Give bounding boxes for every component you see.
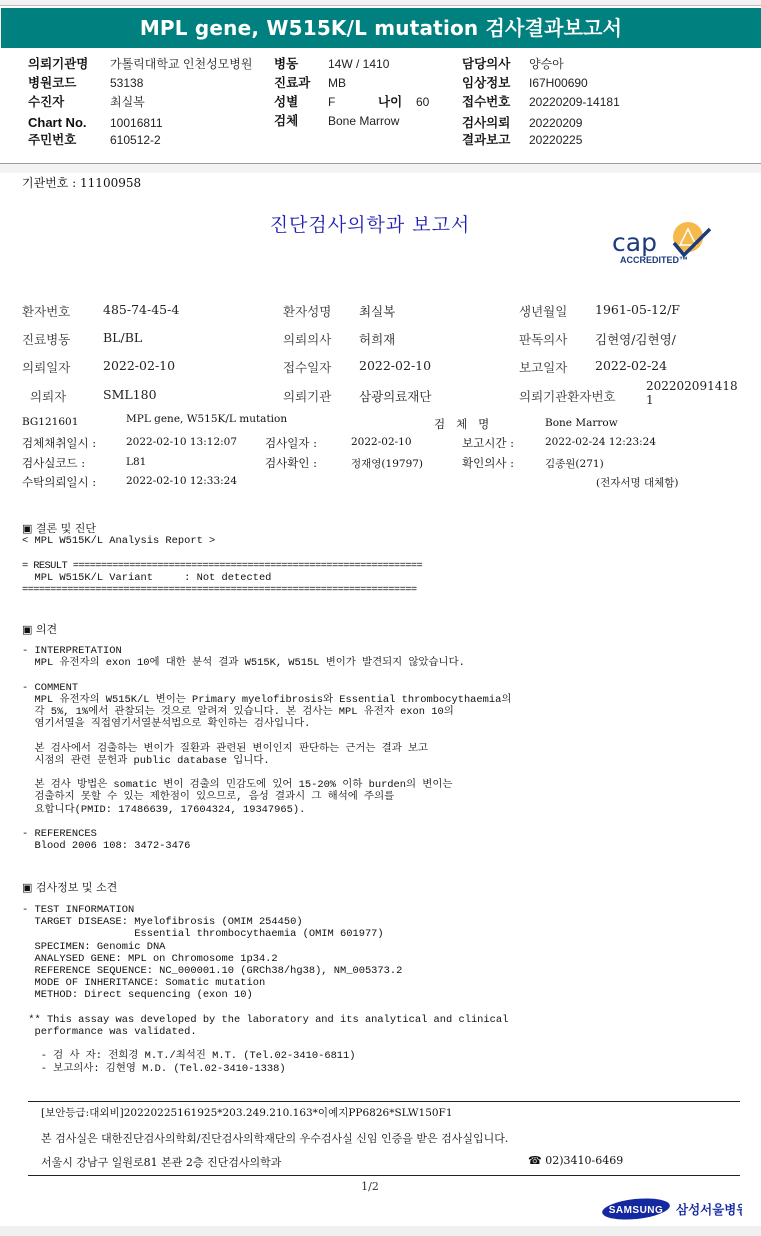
section-heading-conclusion: ▣ 결론 및 진단 [22,520,96,536]
field-value: 610512-2 [110,133,161,147]
field-label: 판독의사 [519,330,567,348]
field-value: 20220209-14181 [529,95,620,109]
top-border [0,0,761,6]
testinfo-text: - TEST INFORMATION TARGET DISEASE: Myelo… [22,904,508,1075]
field-label: 확인의사 : [462,455,514,471]
field-value: 202202091418 [646,379,738,393]
field-label: 의뢰기관환자번호 [519,387,616,405]
phone-number: 02)3410-6469 [545,1154,623,1167]
field-value: 60 [416,95,429,109]
field-label: 검사실코드 : [22,455,85,471]
field-label: 성별 [274,94,298,109]
field-value: 485-74-45-4 [103,302,179,317]
field-value: I67H00690 [529,76,588,90]
field-label: 의뢰자 [30,387,66,405]
page-bottom-bar [0,1226,761,1236]
field-label: 진료과 [274,75,310,90]
field-label: 검사확인 : [265,455,317,471]
field-label: 검체채취일시 : [22,435,96,451]
field-value: 가톨릭대학교 인천성모병원 [110,57,252,71]
field-label: 수탁의뢰일시 : [22,474,96,490]
svg-text:삼성서울병원: 삼성서울병원 [676,1202,742,1217]
field-label: 담당의사 [462,56,510,71]
field-label: 검체 [274,113,298,128]
field-label: 임상정보 [462,75,510,90]
page-number: 1/2 [0,1180,740,1193]
field-label: 수진자 [28,94,64,109]
field-value: 14W / 1410 [328,57,389,71]
field-label: 의뢰기관명 [28,56,88,71]
samsung-logo-icon: SAMSUNG 삼성서울병원 [602,1196,742,1222]
phone-icon: ☎ [528,1154,542,1167]
field-label: 생년월일 [519,302,567,320]
field-value: 김현영/김현영/ [595,330,676,348]
field-value: 2022-02-10 [351,436,412,448]
field-label: 검사일자 : [265,435,317,451]
address-line: 서울시 강남구 일원로81 본관 2층 진단검사의학과 [41,1154,281,1170]
field-value: 최실복 [110,95,145,109]
field-value: 양승아 [529,57,564,71]
field-label: 병원코드 [28,75,76,90]
field-value: 2022-02-24 12:23:24 [545,436,656,448]
field-label: 병동 [274,56,298,71]
field-label: 결과보고 [462,132,510,147]
cap-logo-icon: cap ACCREDITED™ [612,221,712,267]
test-code: BG121601 [22,416,78,428]
cap-accredited-logo: cap ACCREDITED™ [612,221,712,267]
field-value: 1961-05-12/F [595,302,680,317]
field-value: Bone Marrow [545,417,618,429]
phone-line: ☎ 02)3410-6469 [528,1154,623,1167]
field-label: 나이 [378,94,402,109]
field-value-cont: 1 [646,393,654,407]
field-value: 20220209 [529,116,582,130]
field-value: 삼광의료재단 [359,387,431,405]
field-label: 보고시간 : [462,435,514,451]
field-value: 최실복 [359,302,395,320]
field-value: 김종원(271) [545,456,604,471]
field-label: 접수일자 [283,358,331,376]
section-heading-opinion: ▣ 의견 [22,621,57,637]
field-value: 2022-02-24 [595,358,667,373]
field-value: BL/BL [103,330,142,345]
esign-note: (전자서명 대체함) [596,475,679,490]
field-label: 검 체 명 [434,416,489,432]
field-label: 주민번호 [28,132,76,147]
field-label: 접수번호 [462,94,510,109]
opinion-text: - INTERPRETATION MPL 유전자의 exon 10에 대한 분석… [22,645,511,852]
result-header-line: = RESULT ===============================… [22,560,422,572]
field-value: MB [328,76,346,90]
section-heading-testinfo: ▣ 검사정보 및 소견 [22,879,117,895]
field-label: 의뢰기관 [283,387,331,405]
header-row: 의뢰기관명 [28,57,88,71]
field-label: 의뢰일자 [22,358,70,376]
svg-text:cap: cap [612,228,657,257]
field-value: 정재영(19797) [351,456,423,471]
field-value: 10016811 [110,116,163,130]
field-value: Bone Marrow [328,114,399,128]
field-value: 허희재 [359,330,395,348]
field-label: 의뢰의사 [283,330,331,348]
analysis-report-subtitle: < MPL W515K/L Analysis Report > [22,535,215,547]
field-value: 2022-02-10 [103,358,175,373]
field-value: 2022-02-10 12:33:24 [126,475,237,487]
field-value: F [328,95,335,109]
result-variant-line: MPL W515K/L Variant : Not detected [22,572,271,584]
field-value: 2022-02-10 [359,358,431,373]
result-end-line: ========================================… [22,584,416,596]
field-value: 2022-02-10 13:12:07 [126,436,237,448]
svg-text:SAMSUNG: SAMSUNG [609,1205,664,1216]
svg-text:ACCREDITED™: ACCREDITED™ [620,255,688,265]
field-value: 53138 [110,76,143,90]
section-divider [0,163,761,173]
field-value: L81 [126,456,146,468]
field-value: SML180 [103,387,157,402]
field-label: 검사의뢰 [462,115,510,130]
institution-number: 기관번호 : 11100958 [22,174,141,191]
field-value: 20220225 [529,133,582,147]
footer-box: [보안등급:대외비]20220225161925*203.249.210.163… [28,1101,740,1176]
test-name: MPL gene, W515K/L mutation [126,413,287,425]
field-label: 환자성명 [283,302,331,320]
samsung-hospital-logo: SAMSUNG 삼성서울병원 [602,1196,742,1222]
report-banner-title: MPL gene, W515K/L mutation 검사결과보고서 [1,8,761,48]
certification-line: 본 검사실은 대한진단검사의학회/진단검사의학재단의 우수검사실 신임 인증을 … [41,1130,508,1146]
field-label: 환자번호 [22,302,70,320]
security-line: [보안등급:대외비]20220225161925*203.249.210.163… [41,1105,453,1120]
field-label: Chart No. [28,115,87,130]
field-label: 보고일자 [519,358,567,376]
field-label: 진료병동 [22,330,70,348]
